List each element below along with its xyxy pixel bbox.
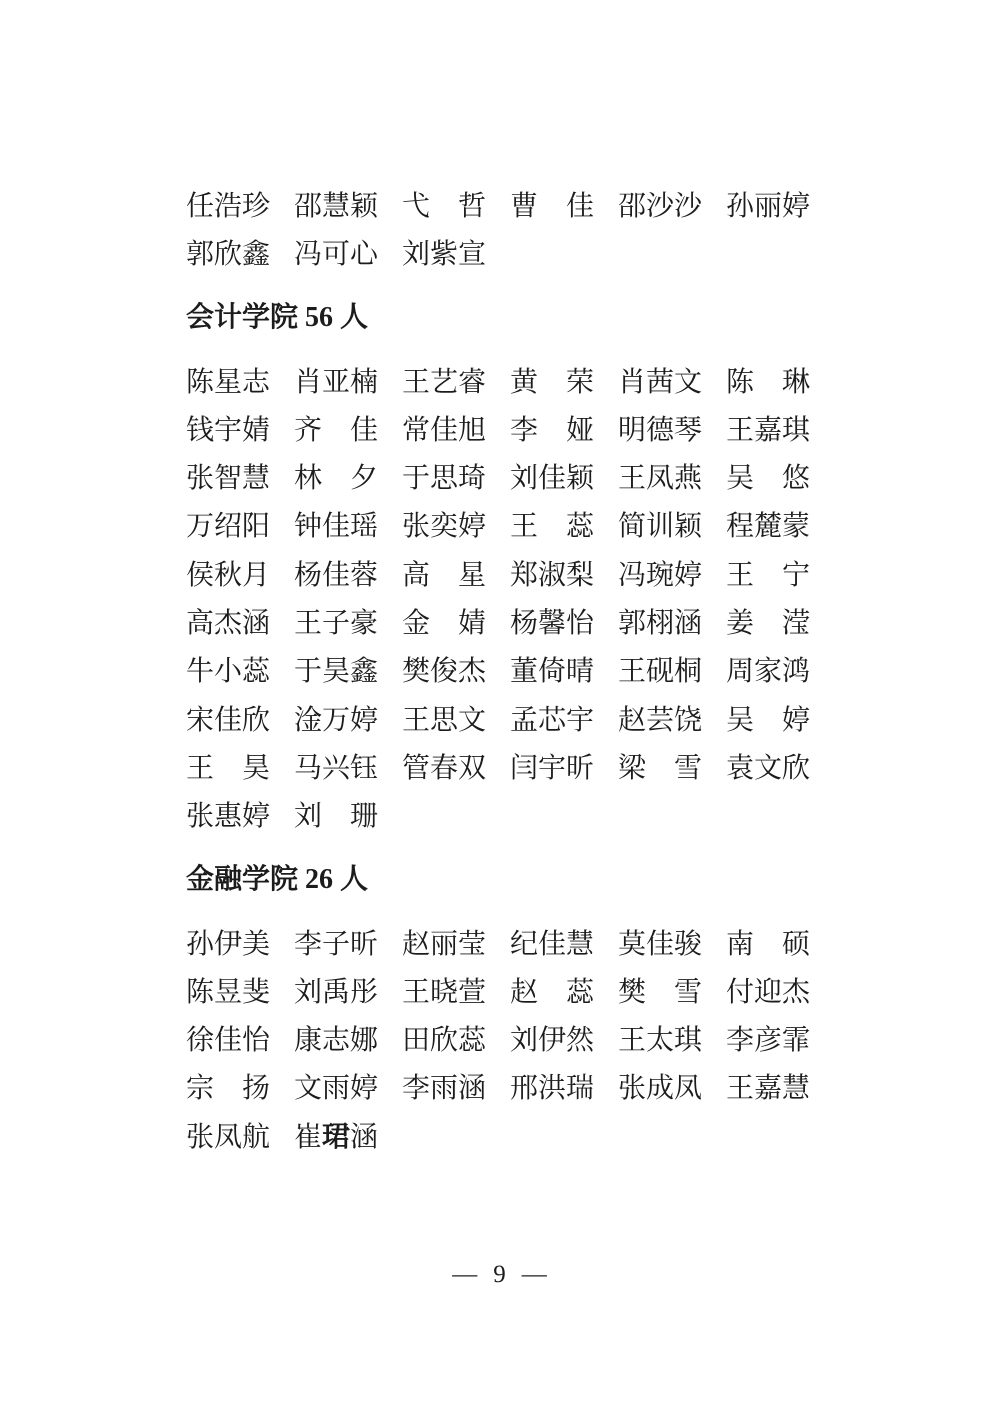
person-name: 张奕婷	[402, 503, 486, 551]
name-row: 宗扬文雨婷李雨涵邢洪瑞张成凤王嘉慧	[186, 1065, 846, 1113]
person-name: 高杰涵	[186, 600, 270, 648]
name-row: 万绍阳钟佳瑶张奕婷王蕊简训颖程麓蒙	[186, 503, 846, 551]
person-name: 王艺睿	[402, 359, 486, 407]
person-name: 简训颖	[618, 503, 702, 551]
person-name: 郭栩涵	[618, 600, 702, 648]
person-name: 弋哲	[402, 183, 486, 231]
name-row: 徐佳怡康志娜田欣蕊刘伊然王太琪李彦霏	[186, 1017, 846, 1065]
person-name: 邢洪瑞	[510, 1065, 594, 1113]
person-name: 王嘉慧	[726, 1065, 810, 1113]
person-name: 纪佳慧	[510, 921, 594, 969]
person-name: 张智慧	[186, 455, 270, 503]
person-name: 王子豪	[294, 600, 378, 648]
person-name: 南硕	[726, 921, 810, 969]
person-name: 明德琴	[618, 407, 702, 455]
person-name: 孙伊美	[186, 921, 270, 969]
person-name: 钱宇婧	[186, 407, 270, 455]
person-name: 马兴钰	[294, 745, 378, 793]
person-name: 齐佳	[294, 407, 378, 455]
person-name: 王蕊	[510, 503, 594, 551]
person-name: 侯秋月	[186, 552, 270, 600]
name-row: 侯秋月杨佳蓉高星郑淑梨冯琬婷王宁	[186, 552, 846, 600]
name-row: 宋佳欣淦万婷王思文孟芯宇赵芸饶吴婷	[186, 697, 846, 745]
person-name: 李彦霏	[726, 1017, 810, 1065]
person-name: 闫宇昕	[510, 745, 594, 793]
person-name: 钟佳瑶	[294, 503, 378, 551]
person-name: 万绍阳	[186, 503, 270, 551]
person-name: 冯琬婷	[618, 552, 702, 600]
person-name: 付迎杰	[726, 969, 810, 1017]
person-name: 刘伊然	[510, 1017, 594, 1065]
name-row: 钱宇婧齐佳常佳旭李娅明德琴王嘉琪	[186, 407, 846, 455]
name-row: 陈昱斐刘禹彤王晓萱赵蕊樊雪付迎杰	[186, 969, 846, 1017]
person-name: 刘禹彤	[294, 969, 378, 1017]
person-name: 赵丽莹	[402, 921, 486, 969]
person-name: 王嘉琪	[726, 407, 810, 455]
name-row: 任浩珍邵慧颖弋哲曹佳邵沙沙孙丽婷	[186, 183, 846, 231]
person-name: 陈琳	[726, 359, 810, 407]
section-finance-college: 金融学院 26 人 孙伊美李子昕赵丽莹纪佳慧莫佳骏南硕陈昱斐刘禹彤王晓萱赵蕊樊雪…	[186, 856, 846, 1162]
person-name: 张成凤	[618, 1065, 702, 1113]
person-name: 莫佳骏	[618, 921, 702, 969]
name-rows-block: 孙伊美李子昕赵丽莹纪佳慧莫佳骏南硕陈昱斐刘禹彤王晓萱赵蕊樊雪付迎杰徐佳怡康志娜田…	[186, 921, 846, 1162]
name-row: 张惠婷刘珊	[186, 793, 846, 841]
person-name: 宋佳欣	[186, 697, 270, 745]
person-name: 赵蕊	[510, 969, 594, 1017]
person-name: 刘佳颖	[510, 455, 594, 503]
person-name: 管春双	[402, 745, 486, 793]
person-name: 孟芯宇	[510, 697, 594, 745]
person-name: 吴悠	[726, 455, 810, 503]
person-name: 孙丽婷	[726, 183, 810, 231]
person-name: 牛小蕊	[186, 648, 270, 696]
person-name: 吴婷	[726, 697, 810, 745]
person-name: 樊俊杰	[402, 648, 486, 696]
person-name: 曹佳	[510, 183, 594, 231]
name-row: 孙伊美李子昕赵丽莹纪佳慧莫佳骏南硕	[186, 921, 846, 969]
name-row: 陈星志肖亚楠王艺睿黄荣肖茜文陈琳	[186, 359, 846, 407]
page-number: 9	[493, 1260, 506, 1290]
name-row: 郭欣鑫冯可心刘紫宣	[186, 231, 846, 279]
person-name: 田欣蕊	[402, 1017, 486, 1065]
person-name: 陈星志	[186, 359, 270, 407]
person-name: 杨佳蓉	[294, 552, 378, 600]
person-name: 袁文欣	[726, 745, 810, 793]
person-name: 周家鸿	[726, 648, 810, 696]
person-name: 林夕	[294, 455, 378, 503]
person-name: 董倚晴	[510, 648, 594, 696]
person-name: 文雨婷	[294, 1065, 378, 1113]
person-name: 于思琦	[402, 455, 486, 503]
person-name: 程麓蒙	[726, 503, 810, 551]
person-name: 杨馨怡	[510, 600, 594, 648]
page-content: 任浩珍邵慧颖弋哲曹佳邵沙沙孙丽婷郭欣鑫冯可心刘紫宣 会计学院 56 人 陈星志肖…	[186, 183, 846, 1162]
section-accounting-college: 会计学院 56 人 陈星志肖亚楠王艺睿黄荣肖茜文陈琳钱宇婧齐佳常佳旭李娅明德琴王…	[186, 294, 846, 842]
person-name: 徐佳怡	[186, 1017, 270, 1065]
person-name: 王砚桐	[618, 648, 702, 696]
section-heading-accounting: 会计学院 56 人	[186, 294, 846, 342]
name-row: 张凤航崔珺涵	[186, 1114, 846, 1162]
person-name: 肖亚楠	[294, 359, 378, 407]
person-name: 李雨涵	[402, 1065, 486, 1113]
person-name: 于昊鑫	[294, 648, 378, 696]
person-name: 樊雪	[618, 969, 702, 1017]
name-row: 高杰涵王子豪金婧杨馨怡郭栩涵姜滢	[186, 600, 846, 648]
person-name: 高星	[402, 552, 486, 600]
person-name: 王晓萱	[402, 969, 486, 1017]
document-page: 任浩珍邵慧颖弋哲曹佳邵沙沙孙丽婷郭欣鑫冯可心刘紫宣 会计学院 56 人 陈星志肖…	[0, 0, 999, 1414]
person-name: 黄荣	[510, 359, 594, 407]
person-name: 冯可心	[294, 231, 378, 279]
person-name: 王太琪	[618, 1017, 702, 1065]
person-name: 刘珊	[294, 793, 378, 841]
person-name: 梁雪	[618, 745, 702, 793]
name-rows-block: 任浩珍邵慧颖弋哲曹佳邵沙沙孙丽婷郭欣鑫冯可心刘紫宣	[186, 183, 846, 280]
person-name: 陈昱斐	[186, 969, 270, 1017]
person-name: 康志娜	[294, 1017, 378, 1065]
person-name: 刘紫宣	[402, 231, 486, 279]
person-name: 崔珺涵	[294, 1114, 378, 1162]
footer-right-dash: —	[522, 1260, 547, 1290]
section-continuation: 任浩珍邵慧颖弋哲曹佳邵沙沙孙丽婷郭欣鑫冯可心刘紫宣	[186, 183, 846, 280]
page-footer: — 9 —	[0, 1260, 999, 1290]
person-name: 金婧	[402, 600, 486, 648]
person-name: 王凤燕	[618, 455, 702, 503]
person-name: 邵沙沙	[618, 183, 702, 231]
person-name: 邵慧颖	[294, 183, 378, 231]
person-name: 姜滢	[726, 600, 810, 648]
person-name: 常佳旭	[402, 407, 486, 455]
person-name: 李子昕	[294, 921, 378, 969]
person-name: 肖茜文	[618, 359, 702, 407]
person-name: 郭欣鑫	[186, 231, 270, 279]
person-name: 郑淑梨	[510, 552, 594, 600]
person-name: 淦万婷	[294, 697, 378, 745]
name-row: 王昊马兴钰管春双闫宇昕梁雪袁文欣	[186, 745, 846, 793]
person-name: 王昊	[186, 745, 270, 793]
person-name: 宗扬	[186, 1065, 270, 1113]
person-name: 王思文	[402, 697, 486, 745]
footer-left-dash: —	[452, 1260, 477, 1290]
section-heading-finance: 金融学院 26 人	[186, 856, 846, 904]
name-row: 张智慧林夕于思琦刘佳颖王凤燕吴悠	[186, 455, 846, 503]
person-name: 张凤航	[186, 1114, 270, 1162]
person-name: 赵芸饶	[618, 697, 702, 745]
name-row: 牛小蕊于昊鑫樊俊杰董倚晴王砚桐周家鸿	[186, 648, 846, 696]
person-name: 李娅	[510, 407, 594, 455]
person-name: 张惠婷	[186, 793, 270, 841]
person-name: 任浩珍	[186, 183, 270, 231]
name-rows-block: 陈星志肖亚楠王艺睿黄荣肖茜文陈琳钱宇婧齐佳常佳旭李娅明德琴王嘉琪张智慧林夕于思琦…	[186, 359, 846, 842]
person-name: 王宁	[726, 552, 810, 600]
